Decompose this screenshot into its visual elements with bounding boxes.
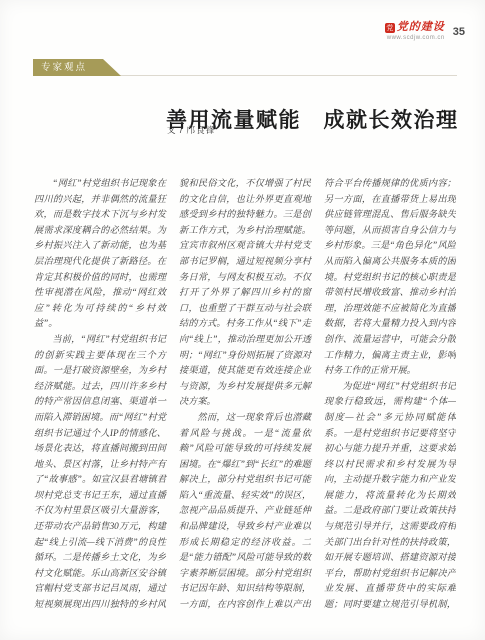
- article-body: “网红”村党组织书记现象在四川的兴起，并非偶然的流量狂欢，而是数字技术下沉与乡村…: [34, 176, 456, 620]
- article-byline: 文 / 邝良锋: [167, 124, 215, 136]
- red-seal-icon: 党: [385, 23, 395, 33]
- section-tag: 专家观点: [33, 59, 121, 76]
- journal-site-url: www.scdjw.com.cn: [387, 35, 445, 41]
- journal-brand-text: 党的建设: [397, 22, 445, 33]
- paragraph-1: “网红”村党组织书记现象在四川的兴起，并非偶然的流量狂欢，而是数字技术下沉与乡村…: [34, 176, 166, 332]
- page-header: 党 党的建设 www.scdjw.com.cn 35: [385, 22, 465, 41]
- magazine-page: 党 党的建设 www.scdjw.com.cn 35 专家观点 善用流量赋能 成…: [0, 0, 485, 640]
- page-number: 35: [453, 26, 465, 38]
- journal-logo: 党 党的建设 www.scdjw.com.cn: [385, 22, 445, 41]
